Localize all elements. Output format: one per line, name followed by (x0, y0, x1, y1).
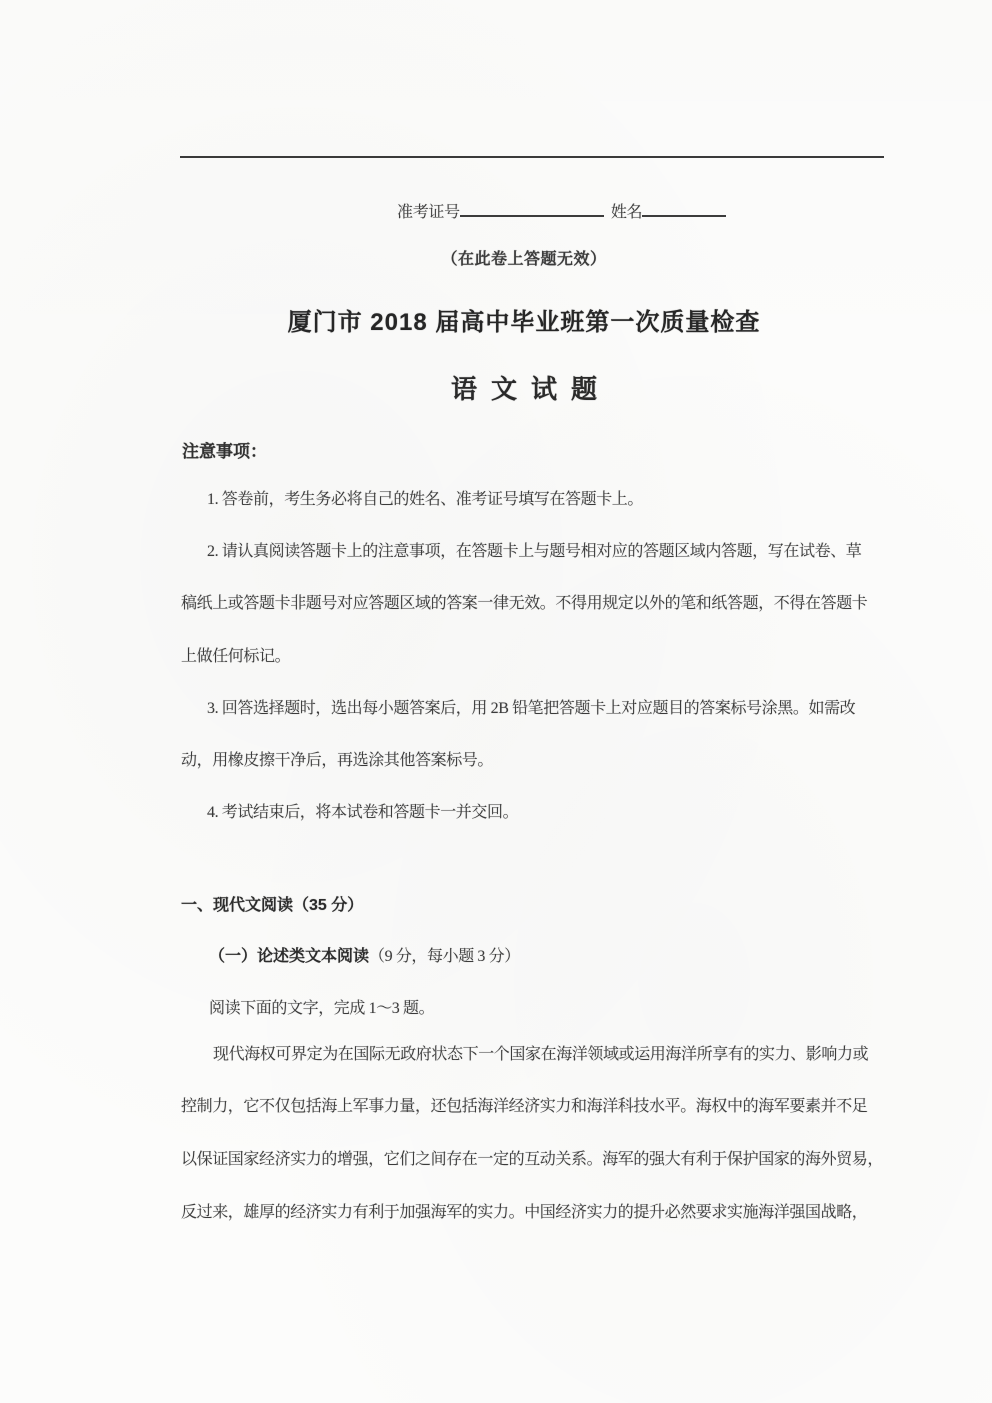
text-segment: （一）论述类文本阅读 (209, 948, 369, 965)
header-rule (180, 156, 884, 158)
text-line: （一）论述类文本阅读（9 分，每小题 3 分） (209, 943, 520, 966)
text-line: 动，用橡皮擦干净后，再选涂其他答案标号。 (181, 747, 493, 770)
text-line: 现代海权可界定为在国际无政府状态下一个国家在海洋领域或运用海洋所享有的实力、影响… (213, 1041, 868, 1064)
text-line: 1. 答卷前，考生务必将自己的姓名、准考证号填写在答题卡上。 (207, 486, 643, 509)
name-blank (642, 199, 726, 217)
text-line: 以保证国家经济实力的增强，它们之间存在一定的互动关系。海军的强大有利于保护国家的… (181, 1146, 883, 1169)
text-segment: （9 分，每小题 3 分） (369, 948, 520, 965)
text-line: 控制力，它不仅包括海上军事力量，还包括海洋经济实力和海洋科技水平。海权中的海军要… (181, 1093, 867, 1116)
text-line: 上做任何标记。 (181, 643, 290, 666)
notice-heading: 注意事项： (182, 437, 267, 462)
text-line: 稿纸上或答题卡非题号对应答题区域的答案一律无效。不得用规定以外的笔和纸答题，不得… (181, 590, 867, 613)
name-label: 姓名 (611, 204, 642, 221)
text-line: 3. 回答选择题时，选出每小题答案后，用 2B 铅笔把答题卡上对应题目的答案标号… (207, 695, 855, 718)
text-line: 阅读下面的文字，完成 1～3 题。 (209, 995, 434, 1018)
exam-number-label: 准考证号 (397, 204, 460, 221)
text-line: 反过来，雄厚的经济实力有利于加强海军的实力。中国经济实力的提升必然要求实施海洋强… (181, 1199, 867, 1222)
exam-title: 厦门市 2018 届高中毕业班第一次质量检查 (181, 302, 867, 337)
text-line: 4. 考试结束后，将本试卷和答题卡一并交回。 (207, 799, 518, 822)
text-line: 2. 请认真阅读答题卡上的注意事项，在答题卡上与题号相对应的答题区域内答题，写在… (207, 538, 861, 561)
invalid-notice: （在此卷上答题无效） (181, 246, 867, 269)
subject-title: 语文试题 (181, 369, 867, 406)
candidate-info-row: 准考证号姓名 (397, 199, 726, 222)
exam-paper-page: 准考证号姓名 （在此卷上答题无效） 厦门市 2018 届高中毕业班第一次质量检查… (0, 0, 992, 1403)
exam-number-blank (460, 199, 604, 217)
text-line: 一、现代文阅读（35 分） (181, 892, 363, 915)
